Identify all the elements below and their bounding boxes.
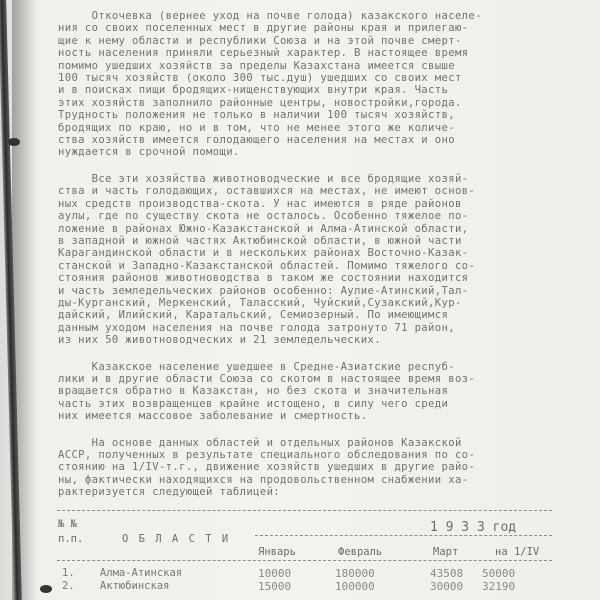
- table-top-rule: [57, 510, 552, 511]
- paragraph: Все эти хозяйства животноводческие и все…: [58, 173, 578, 347]
- col-apr: на 1/IV: [495, 546, 539, 558]
- table-cell: 43508: [430, 567, 463, 580]
- paragraph: Казакское население ушедшее в Средне-Ази…: [58, 361, 578, 423]
- table-header-rule: [57, 560, 552, 561]
- table-row-label: 1. Алма-Атинская: [62, 567, 182, 579]
- paragraph-gap: [58, 347, 578, 361]
- table-cell: 100000: [335, 580, 375, 593]
- table-header-regions: О Б Л А С Т И: [122, 533, 230, 545]
- table-cell: 32190: [482, 580, 515, 593]
- year-rule: [255, 535, 552, 536]
- table-cell: 10000: [258, 567, 291, 580]
- col-mar: Март: [433, 546, 458, 558]
- binding-knot: [8, 138, 20, 146]
- paragraph-gap: [58, 423, 578, 437]
- binding-knot: [40, 585, 52, 593]
- col-jan: Январь: [258, 546, 296, 558]
- table-header-no-line1: № №: [58, 518, 77, 530]
- table-header-no-line2: п.п.: [58, 533, 83, 545]
- paragraph-gap: [58, 159, 578, 173]
- paragraph: Откочевка (вернее уход на почве голода) …: [58, 10, 578, 159]
- table-row-label: 2. Актюбинская: [62, 580, 169, 592]
- table-cell: 30000: [430, 580, 463, 593]
- table-cell: 15000: [258, 580, 291, 593]
- document-page: Откочевка (вернее уход на почве голода) …: [0, 0, 600, 600]
- table-header-year: 1 9 3 3 год: [430, 520, 516, 535]
- paragraph: На основе данных областей и отдельных ра…: [58, 437, 578, 499]
- table-cell: 180000: [335, 567, 375, 580]
- document-body: Откочевка (вернее уход на почве голода) …: [58, 10, 578, 499]
- table-cell: 50000: [482, 567, 515, 580]
- col-feb: Февраль: [338, 546, 382, 558]
